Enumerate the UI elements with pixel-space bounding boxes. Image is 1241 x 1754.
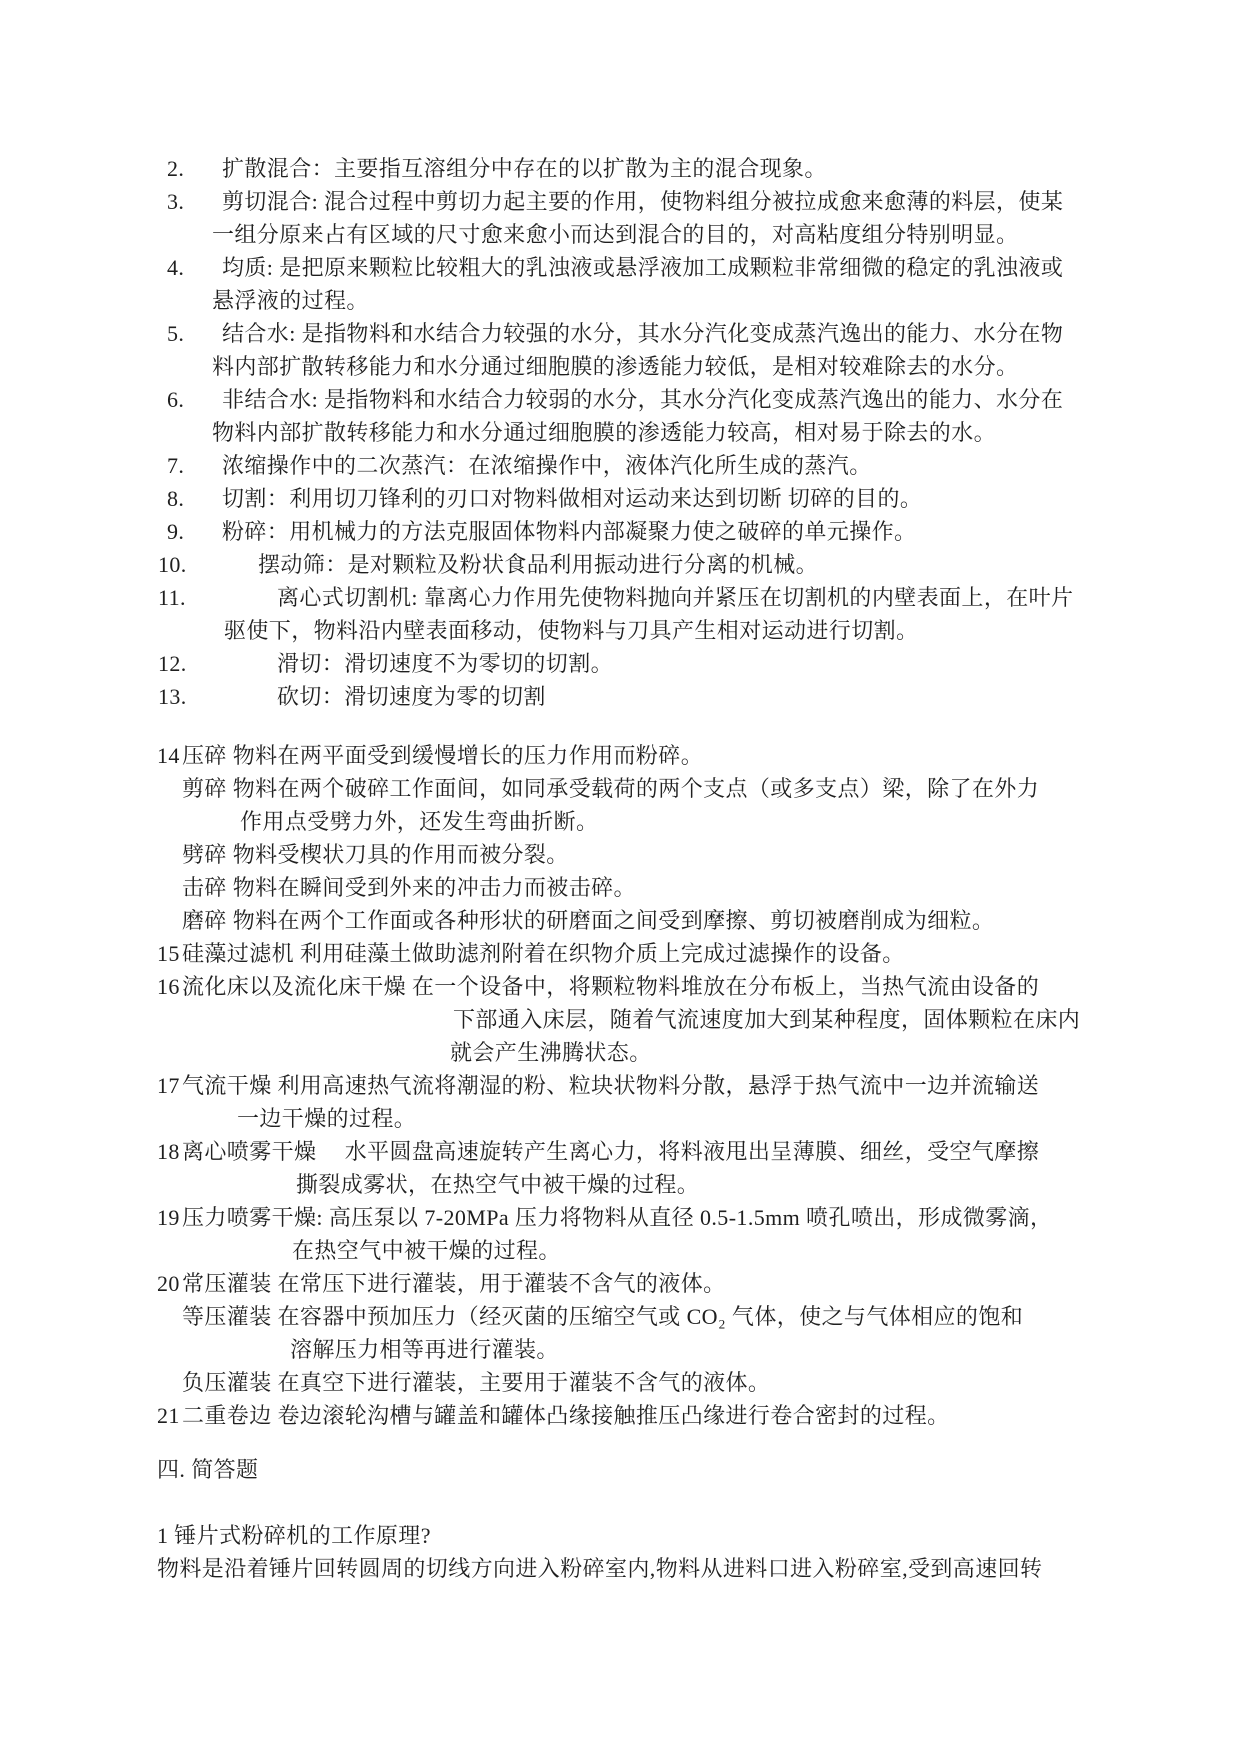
text-segment: 在热空气中被干燥的过程。: [292, 1234, 561, 1267]
text-segment: 19: [157, 1201, 180, 1234]
text-line: 19压力喷雾干燥: 高压泵以 7-20MPa 压力将物料从直径 0.5-1.5m…: [0, 1201, 1241, 1234]
text-line: 物料是沿着锤片回转圆周的切线方向进入粉碎室内,物料从进料口进入粉碎室,受到高速回…: [0, 1552, 1241, 1585]
text-line: 磨碎 物料在两个工作面或各种形状的研磨面之间受到摩擦、剪切被磨削成为细粒。: [0, 904, 1241, 937]
text-segment: 结合水: 是指物料和水结合力较强的水分，其水分汽化变成蒸汽逸出的能力、水分在物: [222, 317, 1063, 350]
text-segment: 4.: [167, 251, 184, 284]
text-line: 下部通入床层，随着气流速度加大到某种程度，固体颗粒在床内: [0, 1003, 1241, 1036]
text-segment: 一边干燥的过程。: [237, 1102, 416, 1135]
text-segment: 浓缩操作中的二次蒸汽：在浓缩操作中，液体汽化所生成的蒸汽。: [222, 449, 872, 482]
text-segment: 下部通入床层，随着气流速度加大到某种程度，固体颗粒在床内: [453, 1003, 1080, 1036]
text-line: 5.结合水: 是指物料和水结合力较强的水分，其水分汽化变成蒸汽逸出的能力、水分在…: [0, 317, 1241, 350]
text-line: 击碎 物料在瞬间受到外来的冲击力而被击碎。: [0, 871, 1241, 904]
text-line: 16流化床以及流化床干燥 在一个设备中，将颗粒物料堆放在分布板上，当热气流由设备…: [0, 970, 1241, 1003]
text-segment: 剪碎 物料在两个破碎工作面间，如同承受载荷的两个支点（或多支点）梁，除了在外力: [182, 772, 1039, 805]
text-line: 20常压灌装 在常压下进行灌装，用于灌装不含气的液体。: [0, 1267, 1241, 1300]
text-segment: 13.: [158, 680, 187, 713]
text-line: 料内部扩散转移能力和水分通过细胞膜的渗透能力较低，是相对较难除去的水分。: [0, 350, 1241, 383]
text-segment: 常压灌装 在常压下进行灌装，用于灌装不含气的液体。: [182, 1267, 726, 1300]
text-segment: 20: [157, 1267, 180, 1300]
text-segment: 剪切混合: 混合过程中剪切力起主要的作用，使物料组分被拉成愈来愈薄的料层，使某: [222, 185, 1063, 218]
text-line: 作用点受劈力外，还发生弯曲折断。: [0, 805, 1241, 838]
text-segment: 压力喷雾干燥: 高压泵以 7-20MPa 压力将物料从直径 0.5-1.5mm …: [182, 1201, 1052, 1234]
text-segment: 硅藻过滤机 利用硅藻土做助滤剂附着在织物介质上完成过滤操作的设备。: [182, 937, 905, 970]
text-segment: 7.: [167, 449, 184, 482]
text-line: 14压碎 物料在两平面受到缓慢增长的压力作用而粉碎。: [0, 739, 1241, 772]
text-line: 6.非结合水: 是指物料和水结合力较弱的水分，其水分汽化变成蒸汽逸出的能力、水分…: [0, 383, 1241, 416]
text-line: 12.滑切：滑切速度不为零切的切割。: [0, 647, 1241, 680]
text-line: 在热空气中被干燥的过程。: [0, 1234, 1241, 1267]
text-line: 悬浮液的过程。: [0, 284, 1241, 317]
text-line: 一组分原来占有区域的尺寸愈来愈小而达到混合的目的，对高粘度组分特别明显。: [0, 218, 1241, 251]
text-line: 9.粉碎：用机械力的方法克服固体物料内部凝聚力使之破碎的单元操作。: [0, 515, 1241, 548]
text-segment: 17: [157, 1069, 180, 1102]
text-segment: 砍切：滑切速度为零的切割: [277, 680, 546, 713]
text-line: 7.浓缩操作中的二次蒸汽：在浓缩操作中，液体汽化所生成的蒸汽。: [0, 449, 1241, 482]
text-line: 驱使下，物料沿内壁表面移动，使物料与刀具产生相对运动进行切割。: [0, 614, 1241, 647]
text-segment: 气流干燥 利用高速热气流将潮湿的粉、粒块状物料分散，悬浮于热气流中一边并流输送: [182, 1069, 1039, 1102]
text-segment: 12.: [158, 647, 187, 680]
text-segment: 击碎 物料在瞬间受到外来的冲击力而被击碎。: [182, 871, 636, 904]
text-line: 21二重卷边 卷边滚轮沟槽与罐盖和罐体凸缘接触推压凸缘进行卷合密封的过程。: [0, 1399, 1241, 1432]
text-segment: 9.: [167, 515, 184, 548]
text-segment: 3.: [167, 185, 184, 218]
text-segment: 物料是沿着锤片回转圆周的切线方向进入粉碎室内,物料从进料口进入粉碎室,受到高速回…: [157, 1552, 1042, 1585]
text-segment: 摆动筛：是对颗粒及粉状食品利用振动进行分离的机械。: [258, 548, 818, 581]
text-segment: 劈碎 物料受楔状刀具的作用而被分裂。: [182, 838, 569, 871]
text-line: 17气流干燥 利用高速热气流将潮湿的粉、粒块状物料分散，悬浮于热气流中一边并流输…: [0, 1069, 1241, 1102]
text-line: 等压灌装 在容器中预加压力（经灭菌的压缩空气或 CO₂ 气体，使之与气体相应的饱…: [0, 1300, 1241, 1333]
text-segment: 四. 简答题: [157, 1453, 258, 1486]
text-line: 4.均质: 是把原来颗粒比较粗大的乳浊液或悬浮液加工成颗粒非常细微的稳定的乳浊液…: [0, 251, 1241, 284]
text-segment: 18: [157, 1135, 180, 1168]
text-segment: 磨碎 物料在两个工作面或各种形状的研磨面之间受到摩擦、剪切被磨削成为细粒。: [182, 904, 994, 937]
text-segment: 16: [157, 970, 180, 1003]
text-segment: 一组分原来占有区域的尺寸愈来愈小而达到混合的目的，对高粘度组分特别明显。: [212, 218, 1018, 251]
text-segment: 切割：利用切刀锋利的刃口对物料做相对运动来达到切断 切碎的目的。: [222, 482, 922, 515]
text-segment: 1 锤片式粉碎机的工作原理?: [157, 1519, 431, 1552]
text-line: 10.摆动筛：是对颗粒及粉状食品利用振动进行分离的机械。: [0, 548, 1241, 581]
text-line: 物料内部扩散转移能力和水分通过细胞膜的渗透能力较高，相对易于除去的水。: [0, 416, 1241, 449]
text-segment: 负压灌装 在真空下进行灌装，主要用于灌装不含气的液体。: [182, 1366, 770, 1399]
text-line: 13.砍切：滑切速度为零的切割: [0, 680, 1241, 713]
text-line: 2.扩散混合：主要指互溶组分中存在的以扩散为主的混合现象。: [0, 152, 1241, 185]
text-line: 就会产生沸腾状态。: [0, 1036, 1241, 1069]
text-segment: 21: [157, 1399, 180, 1432]
text-segment: 扩散混合：主要指互溶组分中存在的以扩散为主的混合现象。: [222, 152, 827, 185]
text-line: 1 锤片式粉碎机的工作原理?: [0, 1519, 1241, 1552]
text-segment: 10.: [158, 548, 187, 581]
text-line: 3.剪切混合: 混合过程中剪切力起主要的作用，使物料组分被拉成愈来愈薄的料层，使…: [0, 185, 1241, 218]
text-segment: 二重卷边 卷边滚轮沟槽与罐盖和罐体凸缘接触推压凸缘进行卷合密封的过程。: [182, 1399, 950, 1432]
text-line: 一边干燥的过程。: [0, 1102, 1241, 1135]
text-segment: 流化床以及流化床干燥 在一个设备中，将颗粒物料堆放在分布板上，当热气流由设备的: [182, 970, 1039, 1003]
text-segment: 5.: [167, 317, 184, 350]
text-line: 剪碎 物料在两个破碎工作面间，如同承受载荷的两个支点（或多支点）梁，除了在外力: [0, 772, 1241, 805]
text-line: 15硅藻过滤机 利用硅藻土做助滤剂附着在织物介质上完成过滤操作的设备。: [0, 937, 1241, 970]
text-segment: 撕裂成雾状，在热空气中被干燥的过程。: [296, 1168, 699, 1201]
text-line: 撕裂成雾状，在热空气中被干燥的过程。: [0, 1168, 1241, 1201]
text-line: 8.切割：利用切刀锋利的刃口对物料做相对运动来达到切断 切碎的目的。: [0, 482, 1241, 515]
text-segment: 压碎 物料在两平面受到缓慢增长的压力作用而粉碎。: [182, 739, 703, 772]
text-segment: 溶解压力相等再进行灌装。: [290, 1333, 559, 1366]
text-segment: 14: [157, 739, 180, 772]
text-segment: 等压灌装 在容器中预加压力（经灭菌的压缩空气或 CO₂ 气体，使之与气体相应的饱…: [182, 1300, 1023, 1333]
text-segment: 离心喷雾干燥 水平圆盘高速旋转产生离心力，将料液甩出呈薄膜、细丝，受空气摩擦: [182, 1135, 1039, 1168]
text-segment: 滑切：滑切速度不为零切的切割。: [277, 647, 613, 680]
text-segment: 粉碎：用机械力的方法克服固体物料内部凝聚力使之破碎的单元操作。: [222, 515, 916, 548]
text-segment: 2.: [167, 152, 184, 185]
text-segment: 均质: 是把原来颗粒比较粗大的乳浊液或悬浮液加工成颗粒非常细微的稳定的乳浊液或: [222, 251, 1063, 284]
text-line: 四. 简答题: [0, 1453, 1241, 1486]
text-segment: 作用点受劈力外，还发生弯曲折断。: [240, 805, 598, 838]
text-line: 溶解压力相等再进行灌装。: [0, 1333, 1241, 1366]
text-segment: 6.: [167, 383, 184, 416]
text-segment: 非结合水: 是指物料和水结合力较弱的水分，其水分汽化变成蒸汽逸出的能力、水分在: [222, 383, 1063, 416]
text-segment: 15: [157, 937, 180, 970]
text-segment: 离心式切割机: 靠离心力作用先使物料抛向并紧压在切割机的内壁表面上，在叶片: [277, 581, 1073, 614]
text-line: 18离心喷雾干燥 水平圆盘高速旋转产生离心力，将料液甩出呈薄膜、细丝，受空气摩擦: [0, 1135, 1241, 1168]
text-segment: 料内部扩散转移能力和水分通过细胞膜的渗透能力较低，是相对较难除去的水分。: [212, 350, 1018, 383]
text-segment: 就会产生沸腾状态。: [450, 1036, 652, 1069]
text-segment: 11.: [158, 581, 186, 614]
text-line: 负压灌装 在真空下进行灌装，主要用于灌装不含气的液体。: [0, 1366, 1241, 1399]
text-line: 劈碎 物料受楔状刀具的作用而被分裂。: [0, 838, 1241, 871]
document-page: 2.扩散混合：主要指互溶组分中存在的以扩散为主的混合现象。3.剪切混合: 混合过…: [0, 0, 1241, 1754]
text-segment: 悬浮液的过程。: [212, 284, 369, 317]
text-segment: 8.: [167, 482, 184, 515]
text-segment: 驱使下，物料沿内壁表面移动，使物料与刀具产生相对运动进行切割。: [224, 614, 918, 647]
text-line: 11.离心式切割机: 靠离心力作用先使物料抛向并紧压在切割机的内壁表面上，在叶片: [0, 581, 1241, 614]
text-segment: 物料内部扩散转移能力和水分通过细胞膜的渗透能力较高，相对易于除去的水。: [212, 416, 996, 449]
